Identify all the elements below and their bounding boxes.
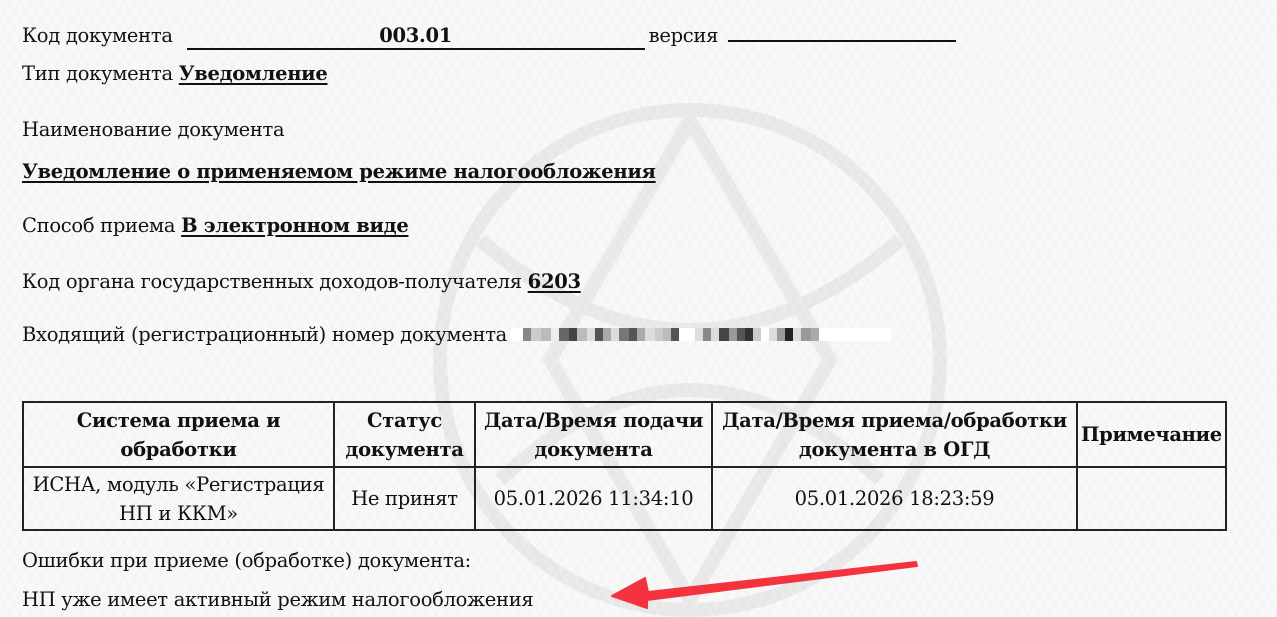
recipient-organ-value: 6203 [528, 270, 581, 293]
doc-type-label: Тип документа [22, 62, 173, 85]
error-text: НП уже имеет активный режим налогообложе… [22, 588, 533, 611]
table-header-row: Система приема и обработки Статус докуме… [23, 402, 1226, 467]
cell-system: ИСНА, модуль «Регистрация НП и ККМ» [23, 467, 334, 530]
processing-table: Система приема и обработки Статус докуме… [22, 401, 1227, 531]
document-page: Код документа003.01версия Тип документа … [0, 0, 1277, 617]
doc-type-row: Тип документа Уведомление [22, 62, 327, 85]
doc-type-value: Уведомление [179, 62, 328, 85]
cell-processed-at: 05.01.2026 18:23:59 [712, 467, 1077, 530]
header-processed-at: Дата/Время приема/обработки документа в … [712, 402, 1077, 467]
header-submitted-at: Дата/Время подачи документа [475, 402, 712, 467]
cell-submitted-at: 05.01.2026 11:34:10 [475, 467, 712, 530]
version-value [728, 16, 956, 42]
incoming-number-row: Входящий (регистрационный) номер докумен… [22, 323, 891, 346]
doc-code-value: 003.01 [187, 24, 645, 50]
doc-code-label: Код документа [22, 24, 173, 47]
doc-name-value: Уведомление о применяемом режиме налогоо… [22, 160, 656, 183]
header-note: Примечание [1077, 402, 1226, 467]
recipient-organ-row: Код органа государственных доходов-получ… [22, 270, 581, 293]
recipient-organ-label: Код органа государственных доходов-получ… [22, 270, 522, 293]
table-row: ИСНА, модуль «Регистрация НП и ККМ» Не п… [23, 467, 1226, 530]
receipt-method-row: Способ приема В электронном виде [22, 214, 408, 237]
cell-note [1077, 467, 1226, 530]
incoming-number-redacted [511, 328, 891, 341]
header-status: Статус документа [334, 402, 475, 467]
cell-status: Не принят [334, 467, 475, 530]
incoming-number-label: Входящий (регистрационный) номер докумен… [22, 323, 507, 346]
errors-label: Ошибки при приеме (обработке) документа: [22, 549, 471, 572]
receipt-method-value: В электронном виде [181, 214, 408, 237]
doc-name-label: Наименование документа [22, 118, 284, 141]
version-label: версия [649, 24, 718, 47]
doc-code-row: Код документа003.01версия [22, 16, 956, 50]
header-system: Система приема и обработки [23, 402, 334, 467]
red-arrow-icon [600, 550, 930, 617]
receipt-method-label: Способ приема [22, 214, 175, 237]
